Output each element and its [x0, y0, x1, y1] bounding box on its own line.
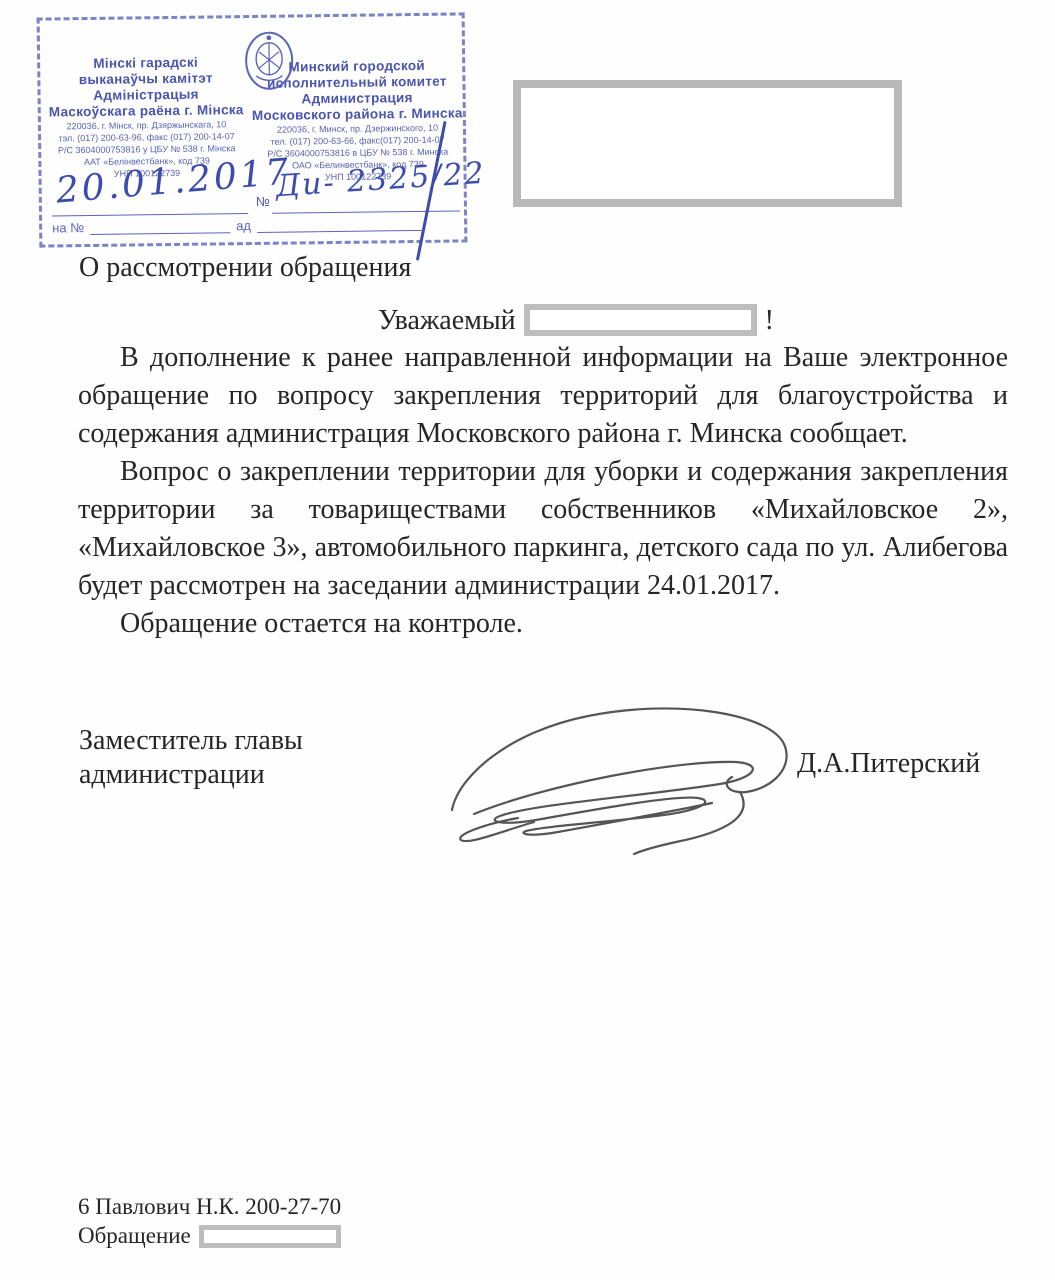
signer-position-line: Заместитель главы: [79, 724, 303, 758]
incoming-ref-underline: [90, 219, 230, 235]
salutation-prefix: Уважаемый: [378, 305, 516, 336]
scanned-letter-page: Мінскі гарадскі выканаўчы камітэт Адміні…: [0, 0, 1055, 1280]
stamp-reference-row: на № ад: [52, 215, 462, 235]
body-paragraph: Вопрос о закреплении территории для убор…: [78, 453, 1008, 605]
from-date-underline: [257, 217, 425, 233]
footer-label: Обращение: [78, 1223, 191, 1248]
letterhead-stamp: Мінскі гарадскі выканаўчы камітэт Адміні…: [37, 12, 468, 247]
coat-of-arms-icon: [243, 29, 296, 92]
number-label: №: [256, 194, 270, 209]
letter-body: В дополнение к ранее направленной информ…: [78, 339, 1008, 643]
date-underline: [52, 200, 248, 216]
footer-reference-line: Обращение: [78, 1221, 341, 1250]
body-paragraph: Обращение остается на контроле.: [78, 605, 1008, 643]
incoming-ref-label: на №: [52, 220, 84, 235]
redaction-box-footer-reference: [199, 1225, 341, 1248]
redaction-box-recipient-address: [513, 80, 902, 207]
letter-subject: О рассмотрении обращения: [79, 252, 411, 284]
stamp-header-line: Маскоўскага раёна г. Мінска: [41, 102, 252, 121]
signer-name: Д.А.Питерский: [797, 748, 980, 780]
body-paragraph: В дополнение к ранее направленной информ…: [78, 339, 1008, 453]
signer-position-line: администрации: [79, 758, 303, 792]
handwritten-signature: [438, 692, 803, 857]
signer-position: Заместитель главы администрации: [79, 724, 303, 792]
stamp-header-line: Московского района г. Минска: [252, 105, 463, 124]
redaction-box-recipient-name: [524, 304, 757, 336]
salutation-suffix: !: [765, 305, 774, 336]
from-date-label: ад: [236, 218, 251, 233]
executor-contact: 6 Павлович Н.К. 200-27-70: [78, 1192, 341, 1221]
letter-footer: 6 Павлович Н.К. 200-27-70 Обращение: [78, 1192, 341, 1250]
salutation-line: Уважаемый!: [378, 304, 774, 337]
number-underline: [272, 197, 460, 213]
stamp-header-belarusian: Мінскі гарадскі выканаўчы камітэт Адміні…: [40, 54, 252, 121]
